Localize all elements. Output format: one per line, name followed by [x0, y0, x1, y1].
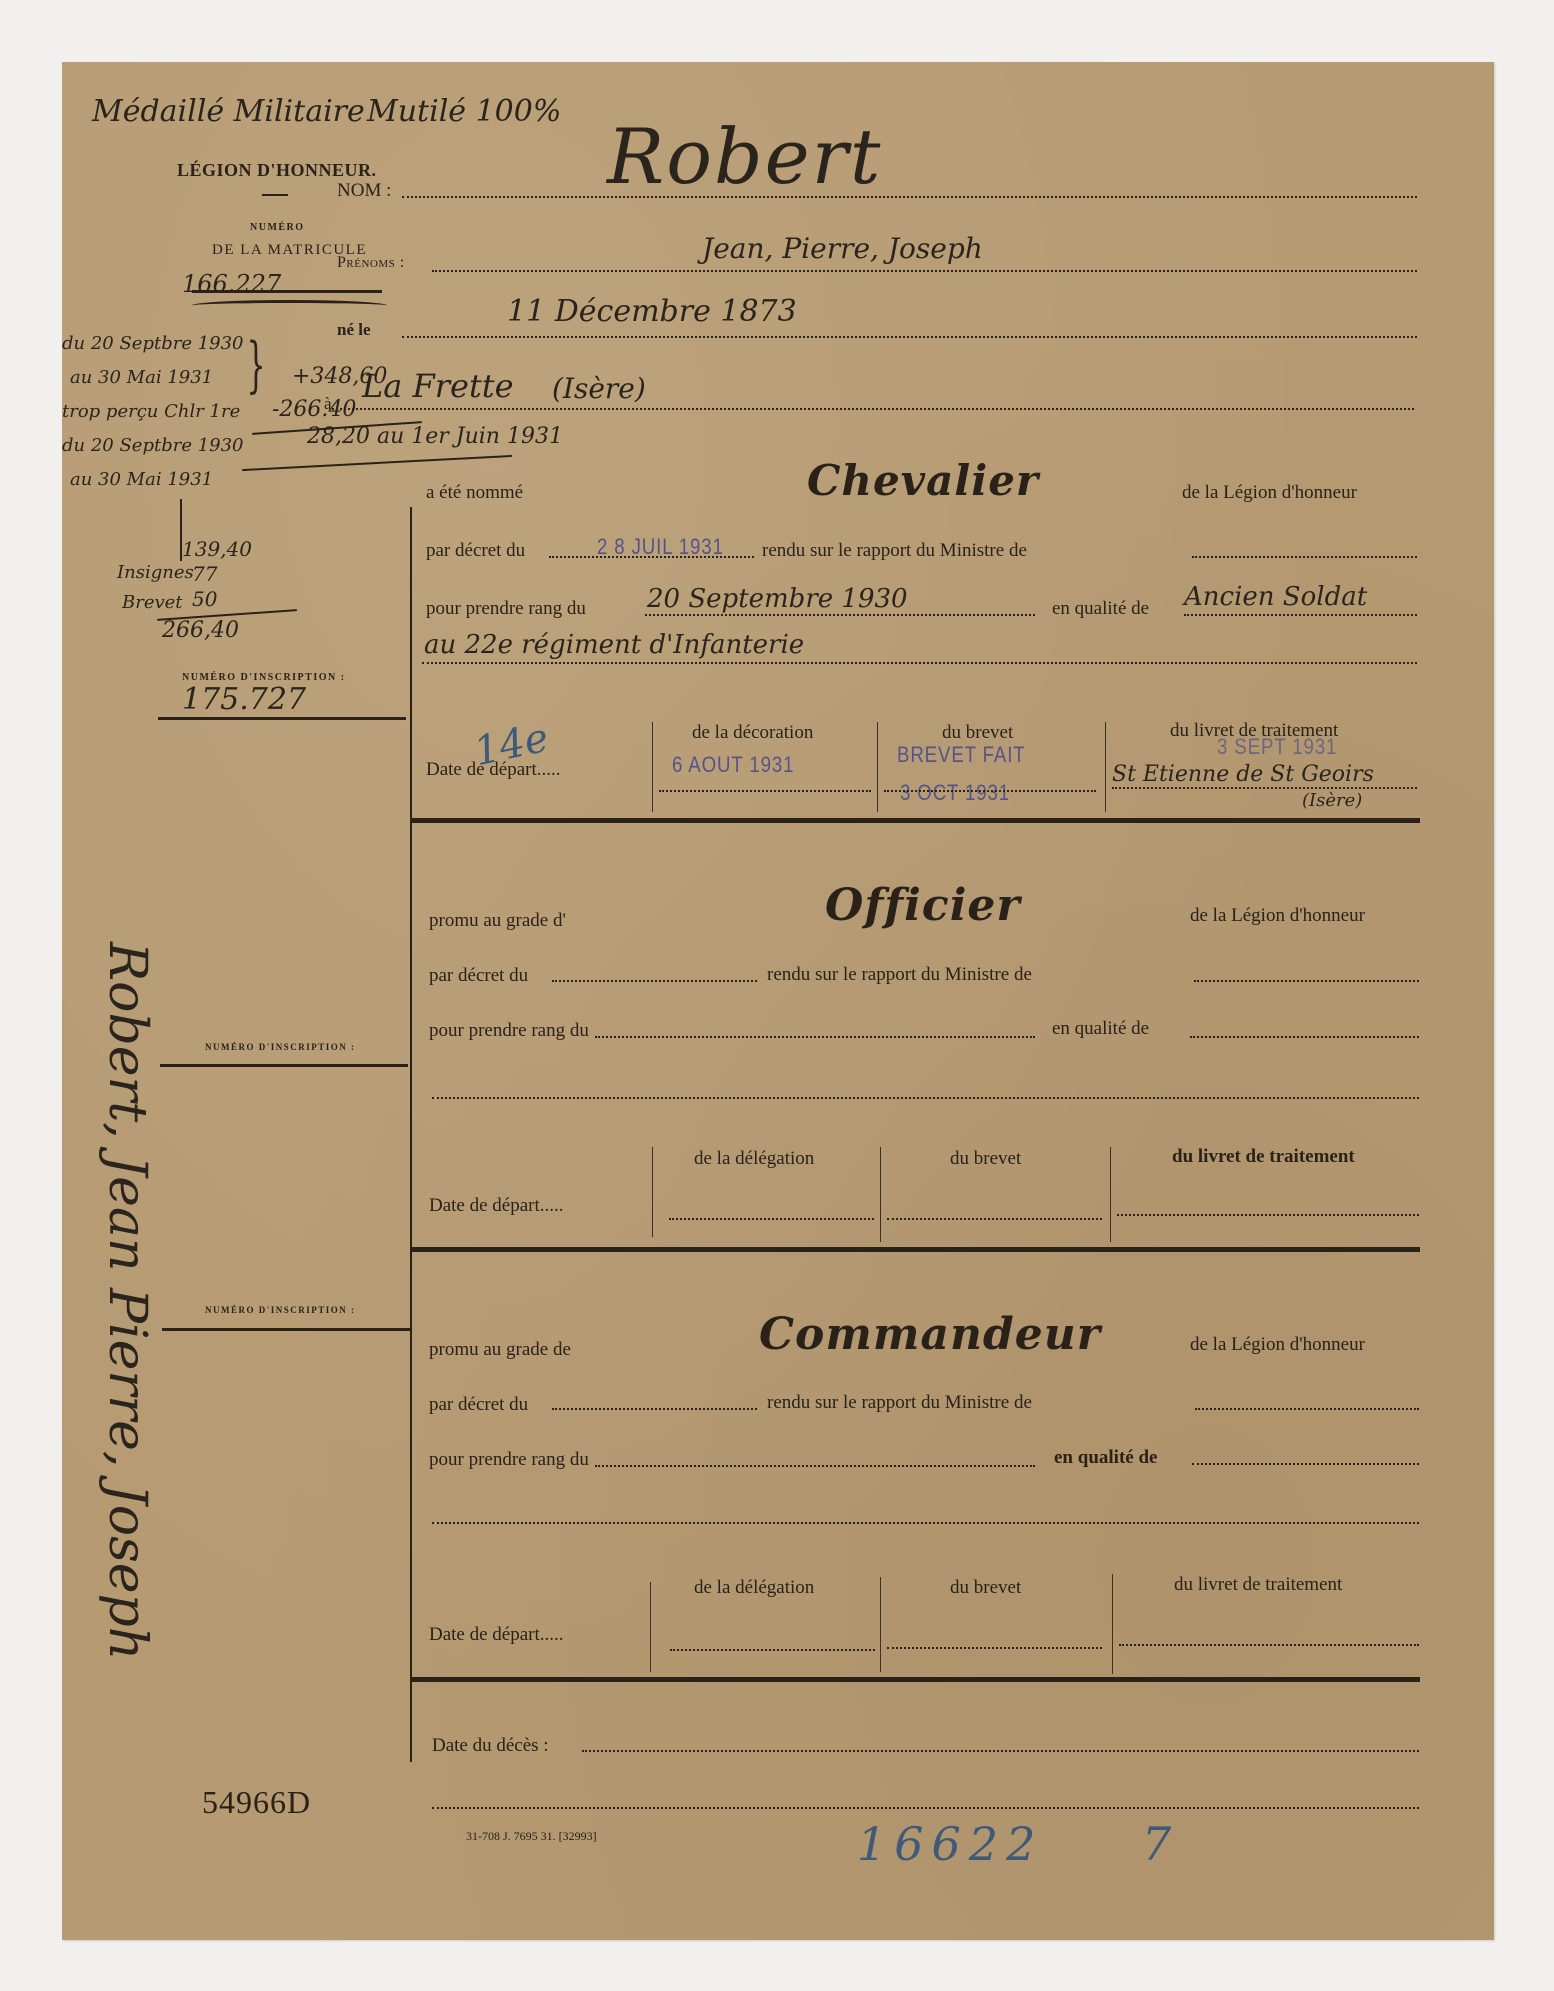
prenoms-label: Prénoms : — [337, 254, 405, 272]
chevalier-qualite-cont-line — [422, 662, 1417, 664]
org-title: LÉGION D'HONNEUR. — [177, 160, 377, 181]
nom-line — [402, 196, 1417, 198]
prenoms-value: Jean, Pierre, Joseph — [702, 232, 983, 265]
chevalier-qualite-cont: au 22e régiment d'Infanterie — [424, 630, 804, 660]
deces-label: Date du décès : — [432, 1735, 549, 1757]
stamp-brevet-fait: BREVET FAIT — [897, 742, 1026, 768]
officier-livret-line — [1117, 1214, 1419, 1216]
commandeur-depart-label: Date de départ..... — [429, 1624, 564, 1646]
officier-delegation-line — [669, 1218, 874, 1220]
inscription-label-officier: NUMÉRO D'INSCRIPTION : — [205, 1042, 356, 1052]
col-divider — [1105, 722, 1106, 812]
commandeur-delegation-line — [670, 1649, 875, 1651]
commandeur-col-livret: du livret de traitement — [1174, 1574, 1342, 1596]
commandeur-rang-label: pour prendre rang du — [429, 1449, 589, 1471]
chevalier-qualite-line — [1184, 614, 1417, 616]
chevalier-col-brevet: du brevet — [942, 722, 1013, 744]
officier-col-livret: du livret de traitement — [1172, 1146, 1355, 1168]
note-line: du 20 Septbre 1930 — [62, 327, 252, 361]
officier-rang-line — [595, 1036, 1035, 1038]
brevet-label: Brevet — [122, 592, 183, 613]
col-divider — [880, 1147, 881, 1242]
commandeur-grade: Commandeur — [759, 1309, 1101, 1360]
note-line: du 20 Septbre 1930 — [62, 429, 252, 463]
officier-decret-label: par décret du — [429, 965, 528, 987]
note-line: au 30 Mai 1931 — [62, 361, 252, 395]
chevalier-rapport-label: rendu sur le rapport du Ministre de — [762, 540, 1027, 562]
main-divider — [410, 507, 412, 1762]
officier-brevet-line — [887, 1218, 1102, 1220]
record-card: Médaillé Militaire Mutilé 100% LÉGION D'… — [62, 62, 1494, 1940]
livret-line — [1112, 787, 1417, 789]
chevalier-prefix: a été nommé — [426, 482, 523, 504]
chevalier-qualite-label: en qualité de — [1052, 598, 1149, 620]
decoration-line — [659, 790, 871, 792]
side-name: Robert, Jean Pierre, Joseph — [97, 942, 157, 1660]
insignes-value: 77 — [192, 562, 217, 586]
officier-qualite-line — [1190, 1036, 1419, 1038]
matricule-value: 166.227 — [182, 270, 281, 298]
officier-suffix: de la Légion d'honneur — [1190, 905, 1365, 927]
commandeur-decret-line — [552, 1408, 757, 1410]
officier-col-delegation: de la délégation — [694, 1148, 814, 1170]
note-line: au 30 Mai 1931 — [62, 463, 252, 497]
chevalier-suffix: de la Légion d'honneur — [1182, 482, 1357, 504]
commandeur-brevet-line — [887, 1647, 1102, 1649]
chevalier-rang-label: pour prendre rang du — [426, 598, 586, 620]
commandeur-livret-line — [1119, 1644, 1419, 1646]
left-notes: du 20 Septbre 1930 au 30 Mai 1931 trop p… — [62, 327, 252, 497]
col-divider — [652, 1147, 653, 1237]
chevalier-decret-label: par décret du — [426, 540, 525, 562]
col-divider — [652, 722, 653, 812]
calc-result: 28,20 au 1er Juin 1931 — [307, 424, 563, 449]
chevalier-rang-line — [645, 614, 1035, 616]
livret-region: (Isère) — [1302, 790, 1362, 811]
officier-extra-line — [432, 1097, 1419, 1099]
inscription-label-commandeur: NUMÉRO D'INSCRIPTION : — [205, 1305, 356, 1315]
nom-label: NOM : — [337, 180, 391, 202]
matricule-underline — [192, 290, 382, 293]
commandeur-decret-label: par décret du — [429, 1394, 528, 1416]
section-separator — [410, 818, 1420, 823]
insignes-label: Insignes — [117, 562, 194, 583]
handwritten-number: 16622 — [857, 1817, 1043, 1871]
section-separator — [410, 1247, 1420, 1252]
title-dash — [262, 194, 288, 196]
brevet-value: 50 — [192, 587, 217, 611]
brevet-line — [884, 790, 1096, 792]
a-line — [332, 408, 1414, 410]
calc-plus: +348,60 — [292, 364, 387, 389]
sum-total: 266,40 — [162, 618, 239, 643]
commandeur-rang-line — [595, 1465, 1035, 1467]
inscription-underline — [158, 717, 406, 720]
livret-value: St Etienne de St Geoirs — [1112, 762, 1374, 787]
chevalier-decret-stamp: 2 8 JUIL 1931 — [597, 534, 724, 560]
officier-grade: Officier — [825, 880, 1021, 931]
commandeur-rapport-line — [1195, 1408, 1419, 1410]
commandeur-suffix: de la Légion d'honneur — [1190, 1334, 1365, 1356]
calc-minus: -266.40 — [272, 397, 356, 422]
deces-line — [582, 1750, 1419, 1752]
officier-col-brevet: du brevet — [950, 1148, 1021, 1170]
col-divider — [650, 1582, 651, 1672]
chevalier-grade: Chevalier — [807, 456, 1039, 505]
annotation-medaille: Médaillé Militaire — [92, 94, 365, 129]
inscription-value: 175.727 — [182, 682, 306, 717]
nom-value: Robert — [607, 112, 882, 201]
col-divider — [877, 722, 878, 812]
col-divider — [880, 1577, 881, 1672]
commandeur-prefix: promu au grade de — [429, 1339, 571, 1361]
col-divider — [1110, 1147, 1111, 1242]
sum-v1: 139,40 — [182, 537, 252, 561]
commandeur-col-delegation: de la délégation — [694, 1577, 814, 1599]
officier-prefix: promu au grade d' — [429, 910, 566, 932]
annotation-mutile: Mutilé 100% — [367, 94, 561, 129]
section-separator — [410, 1677, 1420, 1682]
commandeur-qualite-label: en qualité de — [1054, 1447, 1157, 1469]
commandeur-qualite-line — [1192, 1463, 1419, 1465]
officier-decret-line — [552, 980, 757, 982]
officier-rang-label: pour prendre rang du — [429, 1020, 589, 1042]
handwritten-suffix: 7 — [1142, 1817, 1171, 1871]
brace-top — [192, 300, 387, 311]
ne-le-value: 11 Décembre 1873 — [507, 294, 797, 329]
col-divider — [1112, 1574, 1113, 1674]
stamp-decoration: 6 AOUT 1931 — [672, 752, 794, 778]
chevalier-qualite-value: Ancien Soldat — [1184, 582, 1367, 612]
brace-1: } — [247, 330, 266, 400]
dossier-number: 54966D — [202, 1784, 311, 1821]
officier-depart-label: Date de départ..... — [429, 1195, 564, 1217]
chevalier-col-decoration: de la décoration — [692, 722, 813, 744]
chevalier-rang-value: 20 Septembre 1930 — [647, 584, 908, 614]
a-region: (Isère) — [552, 372, 646, 405]
officier-rapport-label: rendu sur le rapport du Ministre de — [767, 964, 1032, 986]
officier-rapport-line — [1194, 980, 1419, 982]
chevalier-rapport-line — [1192, 556, 1417, 558]
officier-qualite-label: en qualité de — [1052, 1018, 1149, 1040]
prenoms-line — [432, 270, 1417, 272]
commandeur-extra-line — [432, 1522, 1419, 1524]
officier-inscription-line — [160, 1064, 408, 1067]
stamp-brevet-date: 3 OCT 1931 — [900, 780, 1010, 806]
stamp-livret: 3 SEPT 1931 — [1217, 734, 1337, 760]
printer-ref: 31-708 J. 7695 31. [32993] — [466, 1829, 597, 1844]
commandeur-rapport-label: rendu sur le rapport du Ministre de — [767, 1392, 1032, 1414]
deces-line-2 — [432, 1807, 1419, 1809]
commandeur-inscription-line — [162, 1328, 410, 1331]
note-line: trop perçu Chlr 1re — [62, 395, 252, 429]
ne-le-label: né le — [337, 320, 371, 340]
calc-underline — [242, 455, 512, 471]
commandeur-col-brevet: du brevet — [950, 1577, 1021, 1599]
ne-le-line — [402, 336, 1417, 338]
matricule-label-1: NUMÉRO — [250, 222, 305, 233]
